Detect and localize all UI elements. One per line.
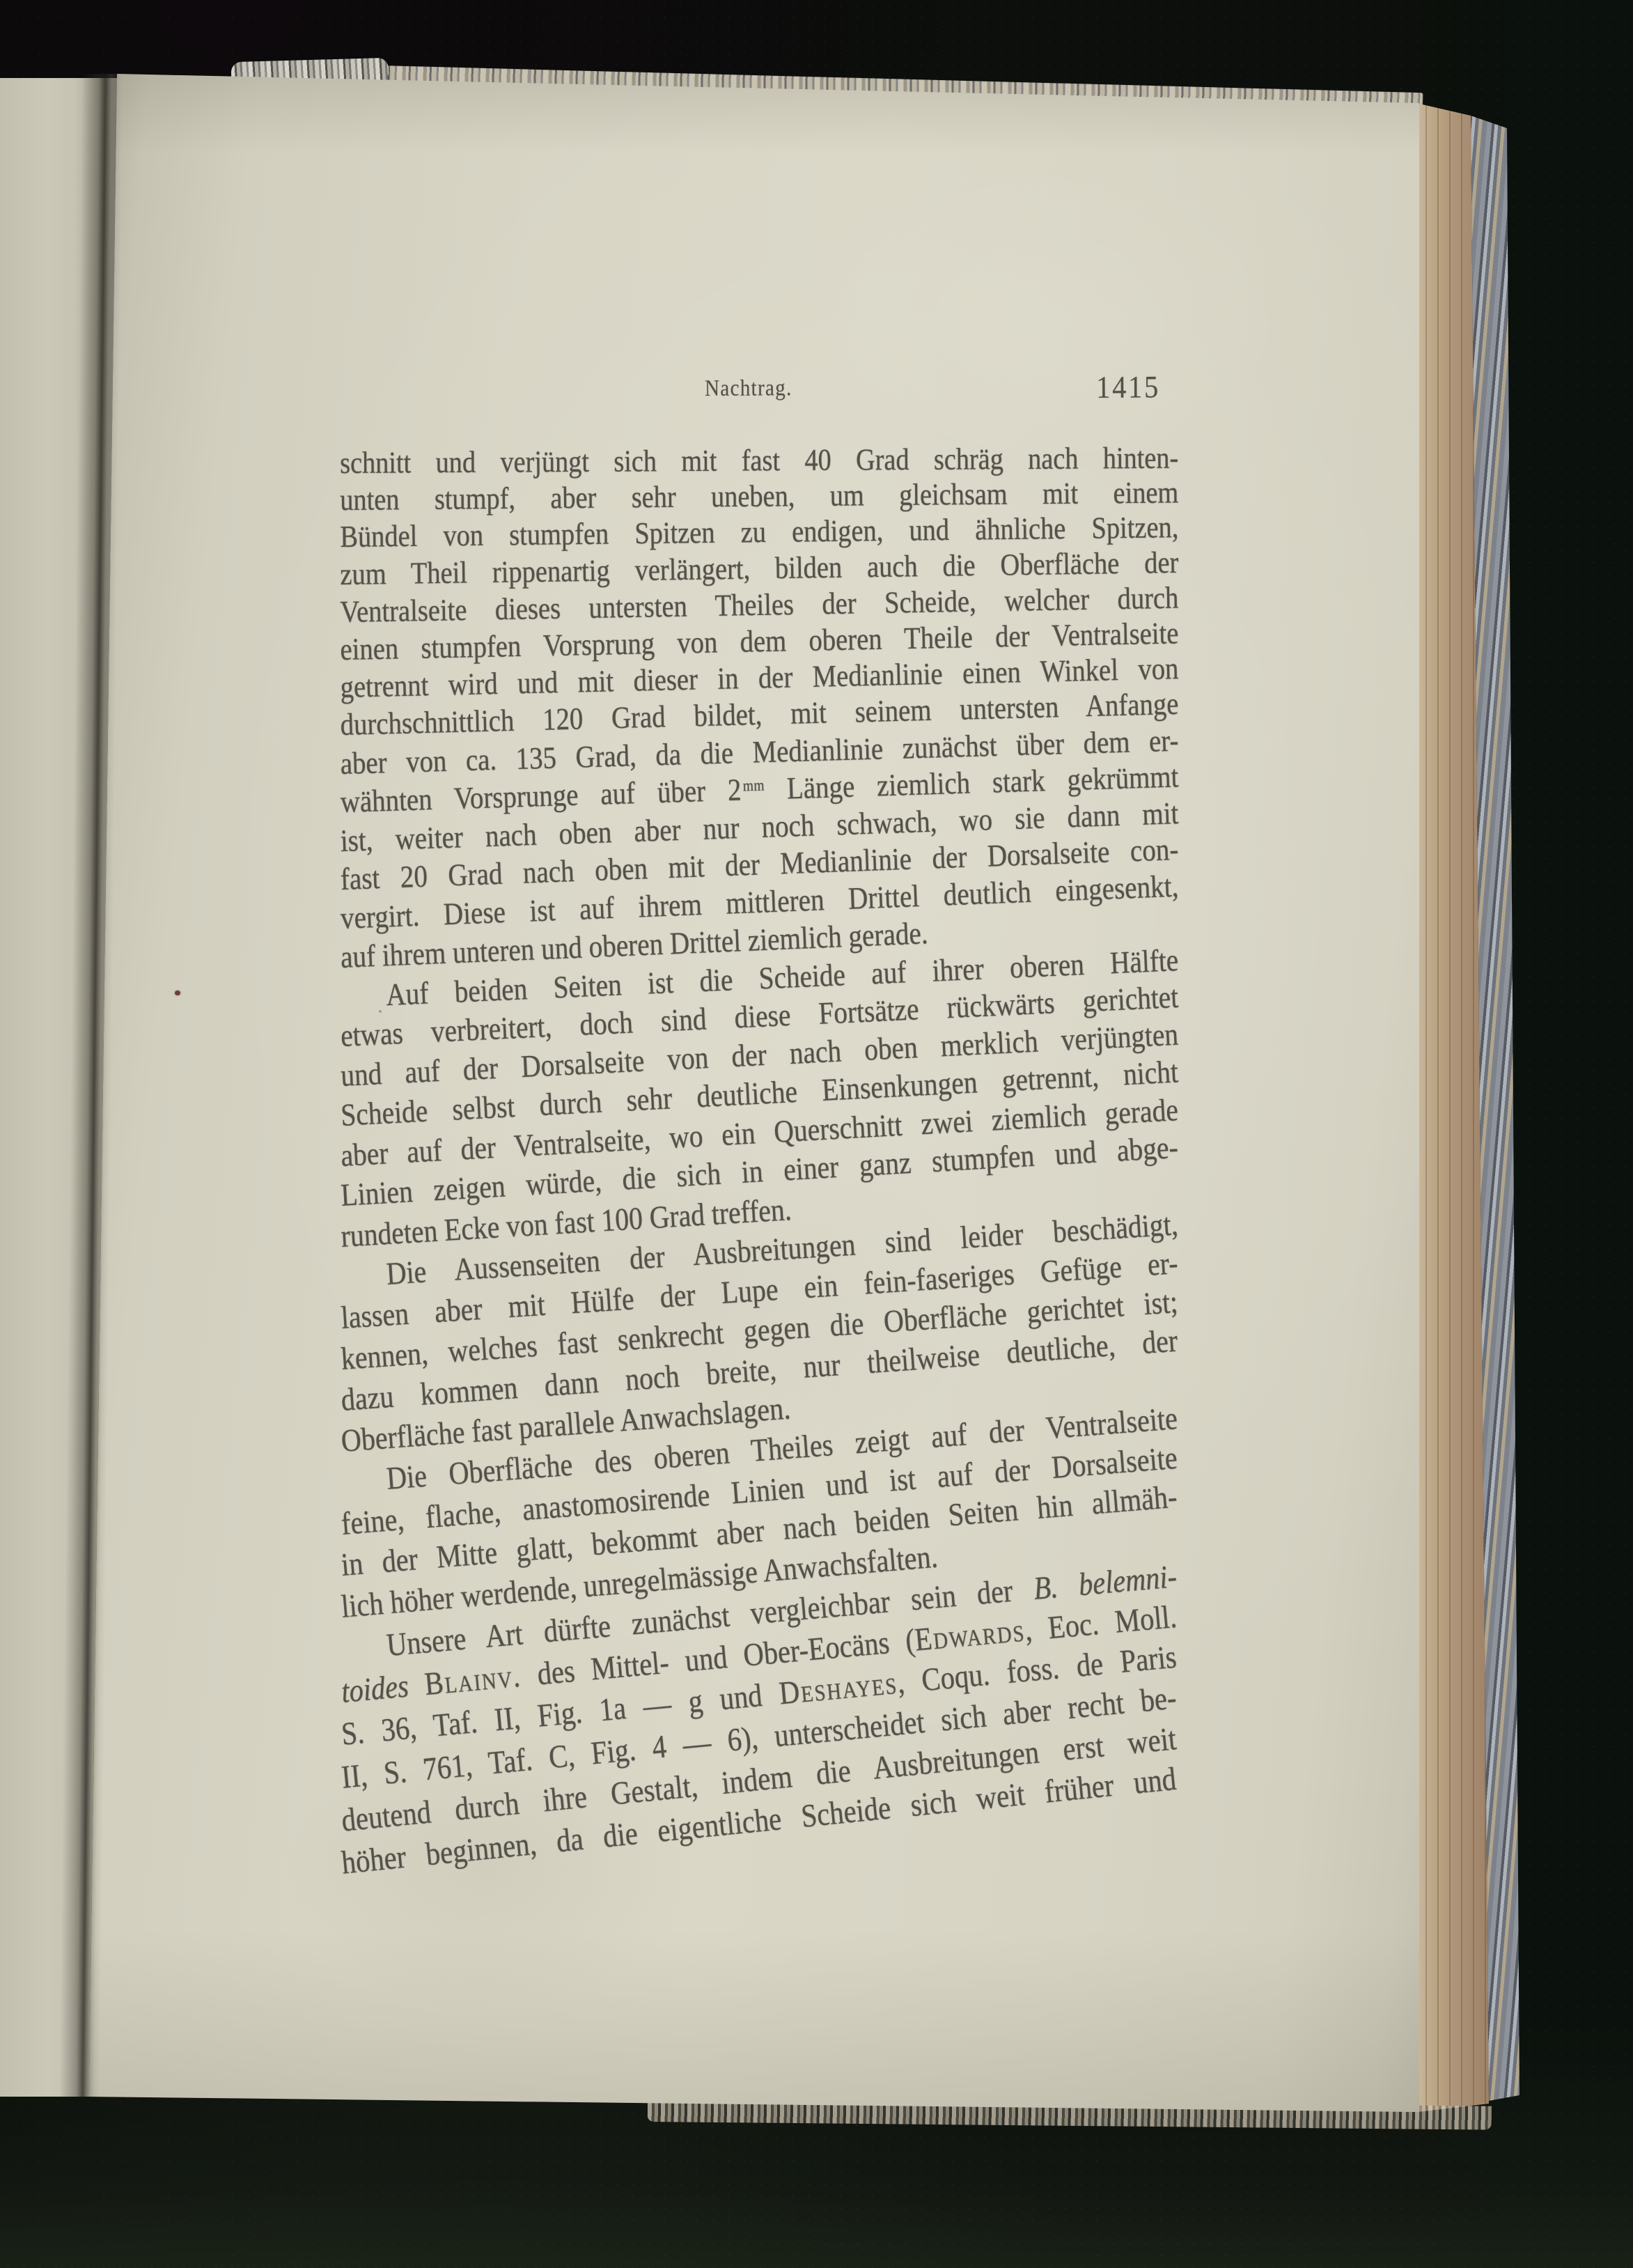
text-segment: schnitt und verjüngt sich mit fast 40 Gr…	[340, 441, 1178, 480]
ink-speck	[379, 1010, 382, 1013]
ink-speck	[175, 991, 180, 995]
superscript-unit: mm	[742, 776, 765, 794]
running-title: Nachtrag.	[705, 375, 792, 402]
photographed-book-scene: Nachtrag. 1415 schnitt und verjüngt sich…	[0, 0, 1633, 2268]
page-number: 1415	[1096, 368, 1160, 405]
text-segment: unten stumpf, aber sehr uneben, um gleic…	[340, 475, 1178, 517]
body-text-block: schnitt und verjüngt sich mit fast 40 Gr…	[340, 446, 1304, 1889]
italic-text: toides	[340, 1668, 410, 1709]
